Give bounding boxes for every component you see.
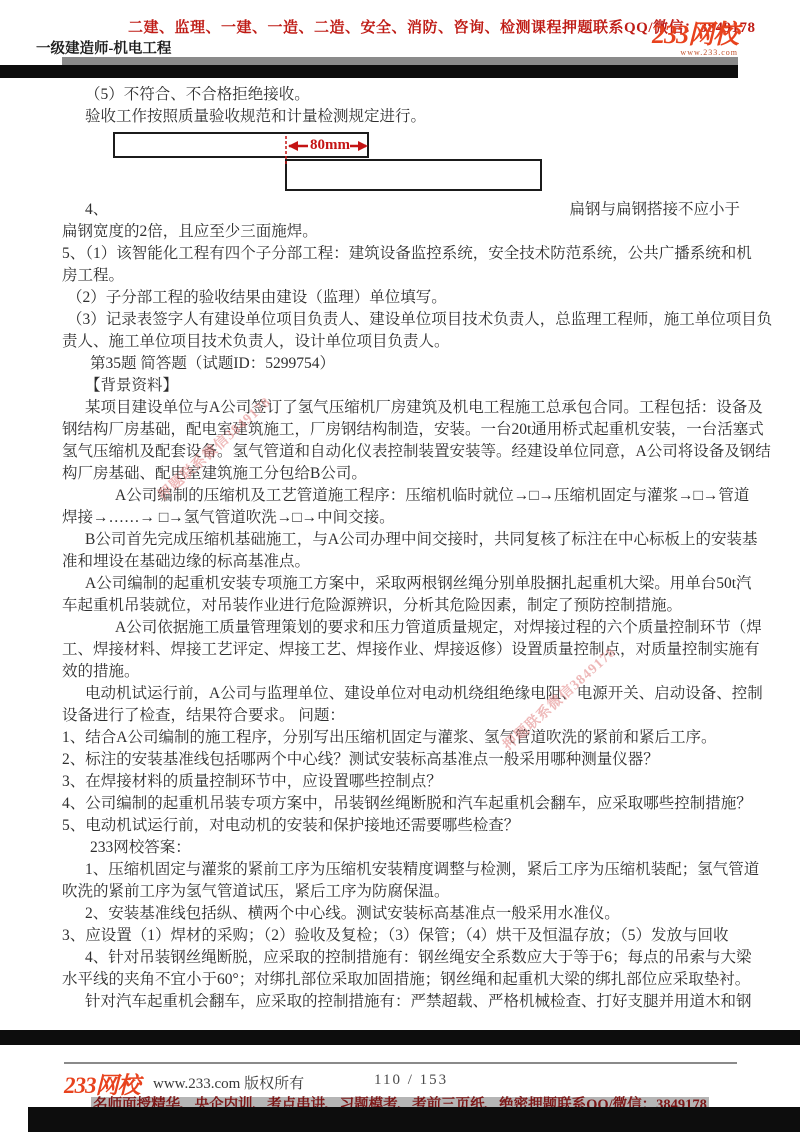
header-separator-black-bar — [0, 65, 738, 78]
text-line: 【背景资料】 — [62, 375, 740, 397]
text-line: 某项目建设单位与A公司签订了氢气压缩机厂房建筑及机电工程施工总承包合同。工程包括… — [62, 397, 740, 419]
text-line: 5、电动机试运行前，对电动机的安装和保护接地还需要哪些检查？ — [62, 815, 740, 837]
header-promo-text: 二建、监理、一建、一造、二造、安全、消防、咨询、检测课程押题联系QQ/微信：38… — [128, 16, 688, 37]
text-line: A公司依据施工质量管理策划的要求和压力管道质量规定，对焊接过程的六个质量控制环节… — [62, 617, 740, 639]
footer-copyright: www.233.com 版权所有 — [153, 1072, 304, 1093]
text-line: （2）子分部工程的验收结果由建设（监理）单位填写。 — [62, 287, 740, 309]
text-line: A公司编制的起重机安装专项施工方案中，采取两根钢丝绳分别单股捆扎起重机大梁。用单… — [62, 573, 740, 595]
text-line: 第35题 简答题（试题ID：5299754） — [62, 353, 740, 375]
text-line: 设备进行了检查，结果符合要求。 问题： — [62, 705, 740, 727]
text-line: 2、安装基准线包括纵、横两个中心线。测试安装标高基准点一般采用水准仪。 — [62, 903, 740, 925]
course-title: 一级建造师-机电工程 — [36, 37, 171, 58]
text-line: 验收工作按照质量验收规范和计量检测规定进行。 — [62, 106, 740, 128]
text-line: 效的措施。 — [62, 661, 740, 683]
footer-rule — [64, 1062, 737, 1064]
header-separator-gray-bar — [62, 57, 738, 65]
split-line-left: 4、 — [85, 199, 108, 221]
text-line-split: 4、扁钢与扁钢搭接不应小于 — [62, 199, 740, 221]
text-line: 1、压缩机固定与灌浆的紧前工序为压缩机安装精度调整与检测，紧后工序为压缩机装配；… — [62, 859, 740, 881]
text-line: （3）记录表签字人有建设单位项目负责人、建设单位项目技术负责人，总监理工程师，施… — [62, 309, 740, 331]
logo-text: 233网校 — [652, 22, 738, 48]
text-line: 3、应设置（1）焊材的采购；（2）验收及复检；（3）保管；（4）烘干及恒温存放；… — [62, 925, 740, 947]
text-line: 吹洗的紧前工序为氢气管道试压，紧后工序为防腐保温。 — [62, 881, 740, 903]
text-line: 钢结构厂房基础，配电室建筑施工，厂房钢结构制造，安装。一台20t通用桥式起重机安… — [62, 419, 740, 441]
text-line: 4、公司编制的起重机吊装专项方案中，吊装钢丝绳断脱和汽车起重机会翻车，应采取哪些… — [62, 793, 740, 815]
split-line-right: 扁钢与扁钢搭接不应小于 — [569, 199, 740, 221]
text-line: 准和埋设在基础边缘的标高基准点。 — [62, 551, 740, 573]
text-line: 水平线的夹角不宜小于60°；对绑扎部位采取加固措施；钢丝绳和起重机大梁的绑扎部位… — [62, 969, 740, 991]
text-line: 4、针对吊装钢丝绳断脱，应采取的控制措施有：钢丝绳安全系数应大于等于6；每点的吊… — [62, 947, 740, 969]
text-line: 焊接→……→ □→氢气管道吹洗→□→中间交接。 — [62, 507, 740, 529]
text-line: 氢气压缩机及配套设备。氢气管道和自动化仪表控制装置安装等。经建设单位同意，A公司… — [62, 441, 740, 463]
text-line: 1、结合A公司编制的施工程序，分别写出压缩机固定与灌浆、氢气管道吹洗的紧前和紧后… — [62, 727, 740, 749]
text-line: 233网校答案： — [62, 837, 740, 859]
text-line: 5、（1）该智能化工程有四个子分部工程：建筑设备监控系统，安全技术防范系统，公共… — [62, 243, 740, 265]
text-line: 3、在焊接材料的质量控制环节中，应设置哪些控制点？ — [62, 771, 740, 793]
bottom-black-bar — [28, 1107, 800, 1132]
text-line: 房工程。 — [62, 265, 740, 287]
text-line: 扁钢宽度的2倍，且应至少三面施焊。 — [62, 221, 740, 243]
text-line: 车起重机吊装就位，对吊装作业进行危险源辨识，分析其危险因素，制定了预防控制措施。 — [62, 595, 740, 617]
footer-separator-black-bar — [0, 1030, 800, 1045]
logo-233wangxiao: 233网校 www.233.com — [652, 22, 738, 57]
text-line: 2、标注的安装基准线包括哪两个中心线？测试安装标高基准点一般采用哪种测量仪器？ — [62, 749, 740, 771]
text-line: 责人、施工单位项目技术负责人，设计单位项目负责人。 — [62, 331, 740, 353]
document-content: （5）不符合、不合格拒绝接收。验收工作按照质量验收规范和计量检测规定进行。80m… — [62, 84, 740, 1013]
text-line: （5）不符合、不合格拒绝接收。 — [62, 84, 740, 106]
logo-url: www.233.com — [652, 48, 738, 57]
text-line: 针对汽车起重机会翻车，应采取的控制措施有：严禁超载、严格机械检查、打好支腿并用道… — [62, 991, 740, 1013]
page-number: 110 / 153 — [374, 1072, 448, 1089]
text-line: 工、焊接材料、焊接工艺评定、焊接工艺、焊接作业、焊接返修）设置质量控制点，对质量… — [62, 639, 740, 661]
document-page: 二建、监理、一建、一造、二造、安全、消防、咨询、检测课程押题联系QQ/微信：38… — [0, 0, 800, 1132]
text-line: 电动机试运行前，A公司与监理单位、建设单位对电动机绕组绝缘电阻、电源开关、启动设… — [62, 683, 740, 705]
dimension-label: 80mm — [304, 137, 356, 154]
text-line: B公司首先完成压缩机基础施工，与A公司办理中间交接时，共同复核了标注在中心标板上… — [62, 529, 740, 551]
flat-steel-lap-diagram: 80mm — [62, 132, 740, 192]
